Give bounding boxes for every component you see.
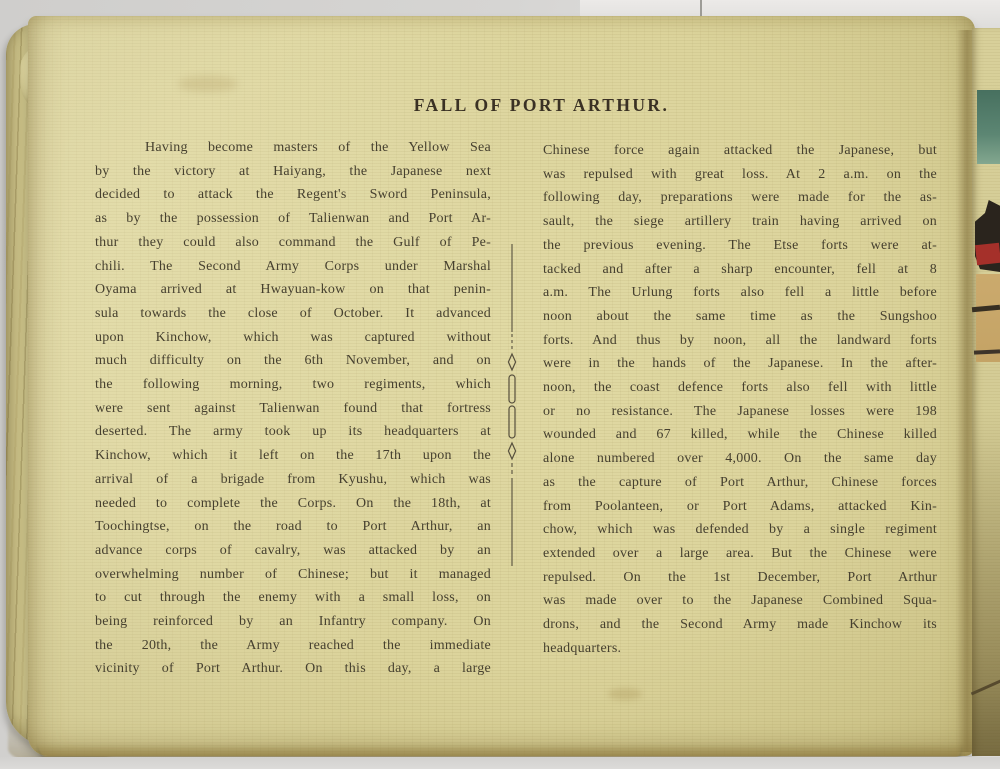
text-line: Chinese force again attacked the Japanes… bbox=[543, 139, 937, 163]
left-text-column: Having become masters of the Yellow Seab… bbox=[95, 136, 491, 681]
text-line: the previous evening. The Etse forts wer… bbox=[543, 234, 937, 258]
text-line: following day, preparations were made fo… bbox=[543, 186, 937, 210]
text-line: being reinforced by an Infantry company.… bbox=[95, 610, 491, 634]
text-line: wounded and 67 killed, while the Chinese… bbox=[543, 423, 937, 447]
text-line: thur they could also command the Gulf of… bbox=[95, 231, 491, 255]
next-page-artwork-red-patch bbox=[975, 243, 1000, 265]
paper-stain bbox=[608, 688, 642, 700]
text-line: from Poolanteen, or Port Adams, attacked… bbox=[543, 495, 937, 519]
text-line: the 20th, the Army reached the immediate bbox=[95, 634, 491, 658]
text-line: alone numbered over 4,000. On the same d… bbox=[543, 447, 937, 471]
text-line: were sent against Talienwan found that f… bbox=[95, 397, 491, 421]
next-page-artwork-teal-patch bbox=[977, 90, 1000, 164]
text-line: extended over a large area. But the Chin… bbox=[543, 542, 937, 566]
text-line: noon, the coast defence forts also fell … bbox=[543, 376, 937, 400]
next-page-shadow bbox=[972, 408, 1000, 756]
book-page: FALL OF PORT ARTHUR. Having become maste… bbox=[28, 16, 975, 756]
text-line: vicinity of Port Arthur. On this day, a … bbox=[95, 657, 491, 681]
right-text-column: Chinese force again attacked the Japanes… bbox=[543, 139, 937, 660]
text-line: forts. And thus by noon, all the landwar… bbox=[543, 329, 937, 353]
text-line: repulsed. On the 1st December, Port Arth… bbox=[543, 566, 937, 590]
text-line: the following morning, two regiments, wh… bbox=[95, 373, 491, 397]
text-line: chow, which was defended by a single reg… bbox=[543, 518, 937, 542]
text-line: Oyama arrived at Hwayuan-kow on that pen… bbox=[95, 278, 491, 302]
background-bottom-strip bbox=[0, 757, 1000, 769]
text-line: were in the hands of the Japanese. In th… bbox=[543, 352, 937, 376]
column-divider-ornament-icon bbox=[505, 244, 519, 566]
text-line: by the victory at Haiyang, the Japanese … bbox=[95, 160, 491, 184]
text-line: advance corps of cavalry, was attacked b… bbox=[95, 539, 491, 563]
text-line: sula towards the close of October. It ad… bbox=[95, 302, 491, 326]
page-title: FALL OF PORT ARTHUR. bbox=[68, 95, 1000, 116]
text-line: tacked and after a sharp encounter, fell… bbox=[543, 258, 937, 282]
text-line: sault, the siege artillery train having … bbox=[543, 210, 937, 234]
text-line: was repulsed with great loss. At 2 a.m. … bbox=[543, 163, 937, 187]
next-page-sliver bbox=[972, 28, 1000, 756]
text-line: upon Kinchow, which was captured without bbox=[95, 326, 491, 350]
text-line: much difficulty on the 6th November, and… bbox=[95, 349, 491, 373]
photo-background: FALL OF PORT ARTHUR. Having become maste… bbox=[0, 0, 1000, 769]
text-line: decided to attack the Regent's Sword Pen… bbox=[95, 183, 491, 207]
text-line: a.m. The Urlung forts also fell a little… bbox=[543, 281, 937, 305]
text-line: Having become masters of the Yellow Sea bbox=[95, 136, 491, 160]
text-line: overwhelming number of Chinese; but it m… bbox=[95, 563, 491, 587]
text-line: to cut through the enemy with a small lo… bbox=[95, 586, 491, 610]
text-line: noon about the same time as the Sungshoo bbox=[543, 305, 937, 329]
text-line: as by the possession of Talienwan and Po… bbox=[95, 207, 491, 231]
text-line: arrival of a brigade from Kyushu, which … bbox=[95, 468, 491, 492]
text-line: or no resistance. The Japanese losses we… bbox=[543, 400, 937, 424]
text-line: drons, and the Second Army made Kinchow … bbox=[543, 613, 937, 637]
text-line: Kinchow, which it left on the 17th upon … bbox=[95, 444, 491, 468]
text-line: headquarters. bbox=[543, 637, 937, 661]
text-line: as the capture of Port Arthur, Chinese f… bbox=[543, 471, 937, 495]
text-line: was made over to the Japanese Combined S… bbox=[543, 589, 937, 613]
text-line: deserted. The army took up its headquart… bbox=[95, 420, 491, 444]
text-line: Toochingtse, on the road to Port Arthur,… bbox=[95, 515, 491, 539]
text-line: needed to complete the Corps. On the 18t… bbox=[95, 492, 491, 516]
text-line: chili. The Second Army Corps under Marsh… bbox=[95, 255, 491, 279]
paper-stain bbox=[178, 76, 238, 92]
